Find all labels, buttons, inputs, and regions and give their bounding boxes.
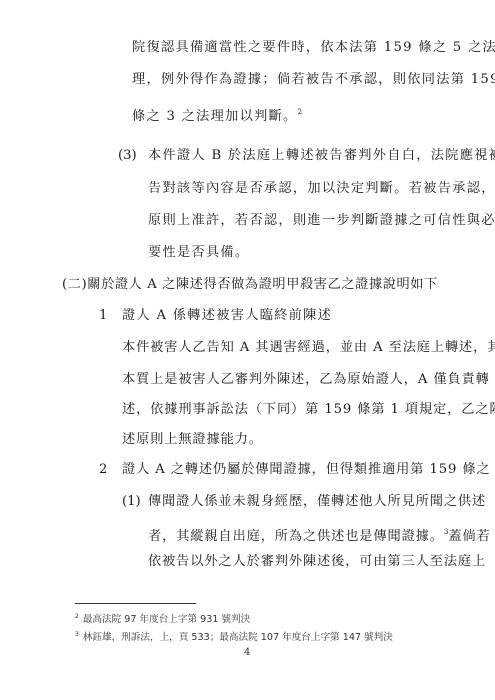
item-3-line-1: 本件證人 B 於法庭上轉述被告審判外自白，法院應視被 [148,148,495,164]
point-1-line-1: 本件被害人乙告知 A 其遇害經過，並由 A 至法庭上轉述，其 [122,340,495,356]
item-3-line-3: 原則上准許，若否認，則進一步判斷證據之可信性與必 [148,213,495,229]
point-2-subitem-1-line-3: 依被告以外之人於審判外陳述後，可由第三人至法庭上 [148,554,486,570]
continuation-line-3: 條之 3 之法理加以判斷。2 [132,104,302,125]
footnote-3: 3林鈺雄，刑訴法，上，頁 533；最高法院 107 年度台上字第 147 號判決 [75,629,393,644]
point-1-line-4: 述原則上無證據能力。 [122,432,263,448]
page-number: 4 [244,647,250,659]
continuation-line-3-text: 條之 3 之法理加以判斷。 [132,109,298,124]
point-2-subitem-1-line-2: 者，其縱親自出庭，所為之供述也是傳聞證據。3蓋倘若 [148,524,491,545]
footnote-2-number: 2 [75,613,79,620]
item-3-line-4: 要性是否具備。 [148,245,249,261]
footnote-3-text: 林鈺雄，刑訴法，上，頁 533；最高法院 107 年度台上字第 147 號判決 [83,632,393,643]
footnote-3-number: 3 [75,631,79,638]
item-3-line-2: 告對該等內容是否承認，加以決定判斷。若被告承認， [148,181,495,197]
point-2-number: 2 [99,462,107,478]
footnote-2: 2最高法院 97 年度台上字第 931 號判決 [75,611,250,626]
footnote-ref-2[interactable]: 2 [298,108,302,116]
footnote-divider [75,603,196,604]
continuation-line-2: 理，例外得作為證據；倘若被告不承認，則依同法第 159 [132,72,495,88]
item-3-marker: (3) [118,148,137,164]
point-1-line-2: 本質上是被害人乙審判外陳述，乙為原始證人，A 僅負責轉 [122,372,490,388]
document-page: 院復認具備適當性之要件時，依本法第 159 條之 5 之法 理，例外得作為證據；… [0,0,495,700]
point-1-title: 證人 A 係轉述被害人臨終前陳述 [122,308,332,324]
section-2-heading: (二)關於證人 A 之陳述得否做為證明甲殺害乙之證據說明如下 [62,277,438,293]
footnote-2-text: 最高法院 97 年度台上字第 931 號判決 [83,614,250,625]
point-2-subitem-1-line-2-text: 者，其縱親自出庭，所為之供述也是傳聞證據。 [148,529,444,544]
point-1-line-3: 述，依據刑事訴訟法（下同）第 159 條第 1 項規定，乙之陳 [122,402,495,418]
continuation-line-1: 院復認具備適當性之要件時，依本法第 159 條之 5 之法 [132,40,495,56]
point-1-number: 1 [99,308,107,324]
point-2-title: 證人 A 之轉述仍屬於傳聞證據，但得類推適用第 159 條之 3 [122,462,495,478]
point-2-subitem-1-line-2-tail: 蓋倘若 [448,529,490,544]
point-2-subitem-1-line-1: 傳聞證人係並未親身經歷，僅轉述他人所見所聞之供述 [148,494,486,510]
point-2-subitem-1-marker: (1) [122,494,141,510]
